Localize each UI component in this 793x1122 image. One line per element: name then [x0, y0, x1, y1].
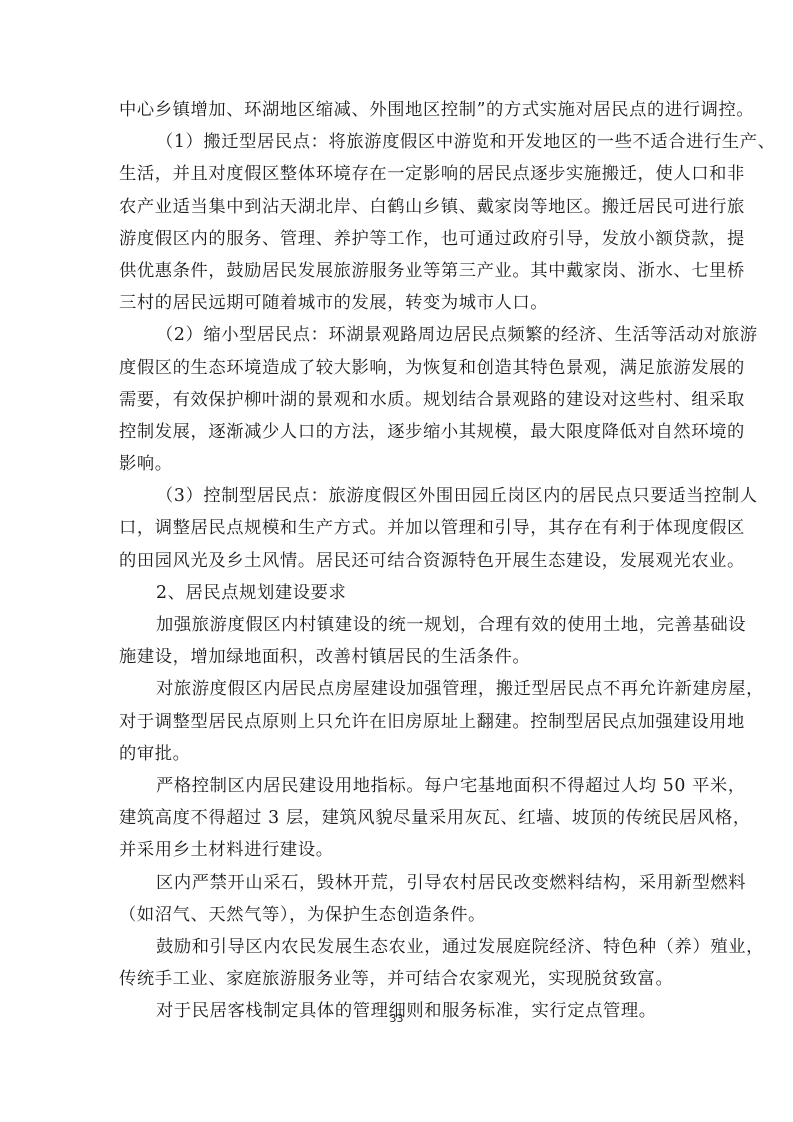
- text-line: 并采用乡土材料进行建设。: [119, 834, 679, 866]
- text-line: 对旅游度假区内居民点房屋建设加强管理，搬迁型居民点不再允许新建房屋，: [119, 673, 679, 705]
- paragraph-unified-planning: 加强旅游度假区内村镇建设的统一规划，合理有效的使用土地，完善基础设施建设，增加绿…: [119, 609, 679, 673]
- paragraph-heading-2: 2、居民点规划建设要求: [119, 577, 679, 609]
- paragraph-housing-management: 对旅游度假区内居民点房屋建设加强管理，搬迁型居民点不再允许新建房屋，对于调整型居…: [119, 673, 679, 770]
- text-line: 生活，并且对度假区整体环境存在一定影响的居民点逐步实施搬迁，使人口和非: [119, 158, 679, 190]
- paragraph-relocation: （1）搬迁型居民点：将旅游度假区中游览和开发地区的一些不适合进行生产、生活，并且…: [119, 126, 679, 319]
- text-line: 需要，有效保护柳叶湖的景观和水质。规划结合景观路的建设对这些村、组采取: [119, 384, 679, 416]
- text-line: （如沼气、天然气等），为保护生态创造条件。: [119, 899, 679, 931]
- text-line: 对于调整型居民点原则上只允许在旧房原址上翻建。控制型居民点加强建设用地: [119, 706, 679, 738]
- text-line: （1）搬迁型居民点：将旅游度假区中游览和开发地区的一些不适合进行生产、: [119, 126, 679, 158]
- body-text: 中心乡镇增加、环湖地区缩减、外围地区控制”的方式实施对居民点的进行调控。（1）搬…: [119, 94, 679, 1027]
- text-line: 的审批。: [119, 738, 679, 770]
- page-number: 33: [0, 1012, 793, 1025]
- text-line: 控制发展，逐渐减少人口的方法，逐步缩小其规模，最大限度降低对自然环境的: [119, 416, 679, 448]
- text-line: 加强旅游度假区内村镇建设的统一规划，合理有效的使用土地，完善基础设: [119, 609, 679, 641]
- document-page: 中心乡镇增加、环湖地区缩减、外围地区控制”的方式实施对居民点的进行调控。（1）搬…: [0, 0, 793, 1122]
- text-line: （2）缩小型居民点：环湖景观路周边居民点频繁的经济、生活等活动对旅游: [119, 319, 679, 351]
- text-line: 度假区的生态环境造成了较大影响，为恢复和创造其特色景观，满足旅游发展的: [119, 352, 679, 384]
- text-line: （3）控制型居民点：旅游度假区外围田园丘岗区内的居民点只要适当控制人: [119, 480, 679, 512]
- text-line: 鼓励和引导区内农民发展生态农业，通过发展庭院经济、特色种（养）殖业，: [119, 931, 679, 963]
- paragraph-land-indicators: 严格控制区内居民建设用地指标。每户宅基地面积不得超过人均 50 平米，建筑高度不…: [119, 770, 679, 867]
- paragraph-agriculture: 鼓励和引导区内农民发展生态农业，通过发展庭院经济、特色种（养）殖业，传统手工业、…: [119, 931, 679, 995]
- text-line: 传统手工业、家庭旅游服务业等，并可结合农家观光，实现脱贫致富。: [119, 963, 679, 995]
- text-line: 游度假区内的服务、管理、养护等工作，也可通过政府引导，发放小额贷款，提: [119, 223, 679, 255]
- text-line: 影响。: [119, 448, 679, 480]
- text-line: 区内严禁开山采石，毁林开荒，引导农村居民改变燃料结构，采用新型燃料: [119, 867, 679, 899]
- text-line: 三村的居民远期可随着城市的发展，转变为城市人口。: [119, 287, 679, 319]
- paragraph-reduction: （2）缩小型居民点：环湖景观路周边居民点频繁的经济、生活等活动对旅游度假区的生态…: [119, 319, 679, 480]
- text-line: 中心乡镇增加、环湖地区缩减、外围地区控制”的方式实施对居民点的进行调控。: [119, 94, 679, 126]
- text-line: 严格控制区内居民建设用地指标。每户宅基地面积不得超过人均 50 平米，: [119, 770, 679, 802]
- text-line: 2、居民点规划建设要求: [119, 577, 679, 609]
- text-line: 施建设，增加绿地面积，改善村镇居民的生活条件。: [119, 641, 679, 673]
- paragraph-intro-tail: 中心乡镇增加、环湖地区缩减、外围地区控制”的方式实施对居民点的进行调控。: [119, 94, 679, 126]
- text-line: 口，调整居民点规模和生产方式。并加以管理和引导，其存在有利于体现度假区: [119, 512, 679, 544]
- paragraph-control: （3）控制型居民点：旅游度假区外围田园丘岗区内的居民点只要适当控制人口，调整居民…: [119, 480, 679, 577]
- text-line: 建筑高度不得超过 3 层，建筑风貌尽量采用灰瓦、红墙、坡顶的传统民居风格，: [119, 802, 679, 834]
- text-line: 农产业适当集中到沾天湖北岸、白鹤山乡镇、戴家岗等地区。搬迁居民可进行旅: [119, 191, 679, 223]
- text-line: 的田园风光及乡土风情。居民还可结合资源特色开展生态建设，发展观光农业。: [119, 545, 679, 577]
- paragraph-ecology: 区内严禁开山采石，毁林开荒，引导农村居民改变燃料结构，采用新型燃料（如沼气、天然…: [119, 867, 679, 931]
- text-line: 供优惠条件，鼓励居民发展旅游服务业等第三产业。其中戴家岗、浙水、七里桥: [119, 255, 679, 287]
